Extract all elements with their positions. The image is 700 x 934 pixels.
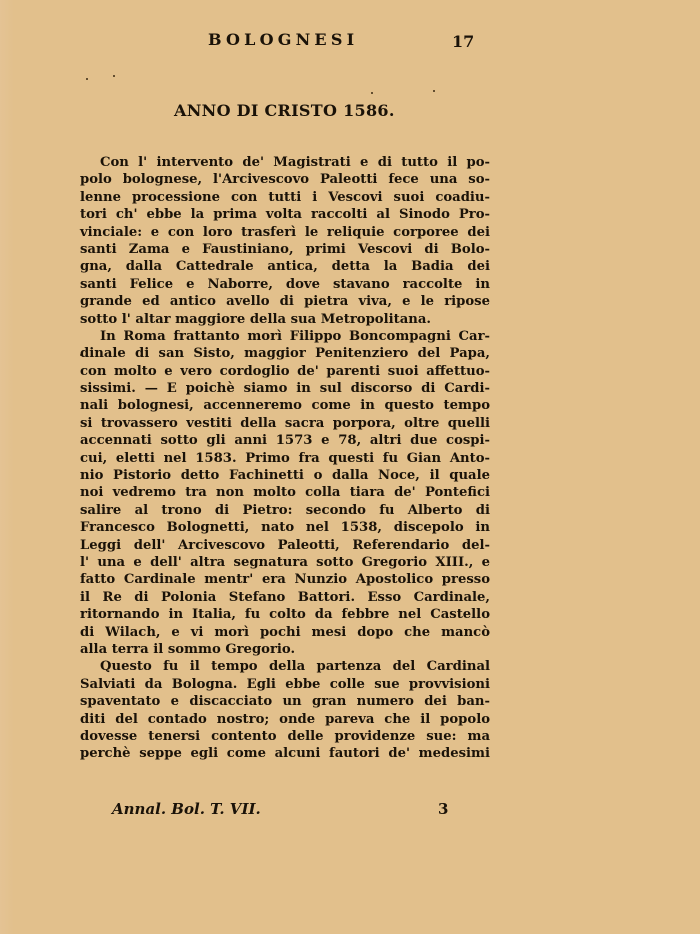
text-line: spaventato e discacciato un gran numero … xyxy=(80,693,490,710)
running-head: BOLOGNESI 17 xyxy=(0,30,700,54)
text-line: In Roma frattanto morì Filippo Boncompag… xyxy=(80,328,490,345)
text-line: santi Zama e Faustiniano, primi Vescovi … xyxy=(80,241,490,258)
text-line: fatto Cardinale mentr' era Nunzio Aposto… xyxy=(80,571,490,588)
text-line: diti del contado nostro; onde pareva che… xyxy=(80,711,490,728)
page-footer: Annal. Bol. T. VII. 3 xyxy=(0,800,700,822)
text-line: noi vedremo tra non molto colla tiara de… xyxy=(80,484,490,501)
page-edge xyxy=(0,0,14,934)
signature-mark: 3 xyxy=(438,800,448,818)
text-line: dovesse tenersi contento delle providenz… xyxy=(80,728,490,745)
text-line: vinciale: e con loro trasferì le reliqui… xyxy=(80,224,490,241)
text-line: si trovassero vestiti della sacra porpor… xyxy=(80,415,490,432)
text-line: gna, dalla Cattedrale antica, detta la B… xyxy=(80,258,490,275)
text-line: cui, eletti nel 1583. Primo fra questi f… xyxy=(80,450,490,467)
text-line: alla terra il sommo Gregorio. xyxy=(80,641,490,658)
text-line: con molto e vero cordoglio de' parenti s… xyxy=(80,363,490,380)
signature-line: Annal. Bol. T. VII. xyxy=(112,800,261,818)
text-line: nio Pistorio detto Fachinetti o dalla No… xyxy=(80,467,490,484)
text-line: sotto l' altar maggiore della sua Metrop… xyxy=(80,311,490,328)
text-line: ritornando in Italia, fu colto da febbre… xyxy=(80,606,490,623)
text-line: Francesco Bolognetti, nato nel 1538, dis… xyxy=(80,519,490,536)
text-line: Leggi dell' Arcivescovo Paleotti, Refere… xyxy=(80,537,490,554)
text-line: l' una e dell' altra segnatura sotto Gre… xyxy=(80,554,490,571)
body-text: Con l' intervento de' Magistrati e di tu… xyxy=(80,154,490,763)
section-title: ANNO DI CRISTO 1586. xyxy=(174,101,395,120)
text-line: perchè seppe egli come alcuni fautori de… xyxy=(80,745,490,762)
text-line: Con l' intervento de' Magistrati e di tu… xyxy=(80,154,490,171)
running-title: BOLOGNESI xyxy=(208,30,358,49)
page-number: 17 xyxy=(452,32,474,51)
text-line: il Re di Polonia Stefano Battori. Esso C… xyxy=(80,589,490,606)
text-line: sissimi. — E poichè siamo in sul discors… xyxy=(80,380,490,397)
text-line: santi Felice e Naborre, dove stavano rac… xyxy=(80,276,490,293)
text-line: di Wilach, e vi morì pochi mesi dopo che… xyxy=(80,624,490,641)
text-line: polo bolognese, l'Arcivescovo Paleotti f… xyxy=(80,171,490,188)
text-line: grande ed antico avello di pietra viva, … xyxy=(80,293,490,310)
text-line: lenne processione con tutti i Vescovi su… xyxy=(80,189,490,206)
text-line: salire al trono di Pietro: secondo fu Al… xyxy=(80,502,490,519)
text-line: Questo fu il tempo della partenza del Ca… xyxy=(80,658,490,675)
text-line: nali bolognesi, accenneremo come in ques… xyxy=(80,397,490,414)
text-line: dinale di san Sisto, maggior Penitenzier… xyxy=(80,345,490,362)
text-line: accennati sotto gli anni 1573 e 78, altr… xyxy=(80,432,490,449)
text-line: Salviati da Bologna. Egli ebbe colle sue… xyxy=(80,676,490,693)
text-line: tori ch' ebbe la prima volta raccolti al… xyxy=(80,206,490,223)
